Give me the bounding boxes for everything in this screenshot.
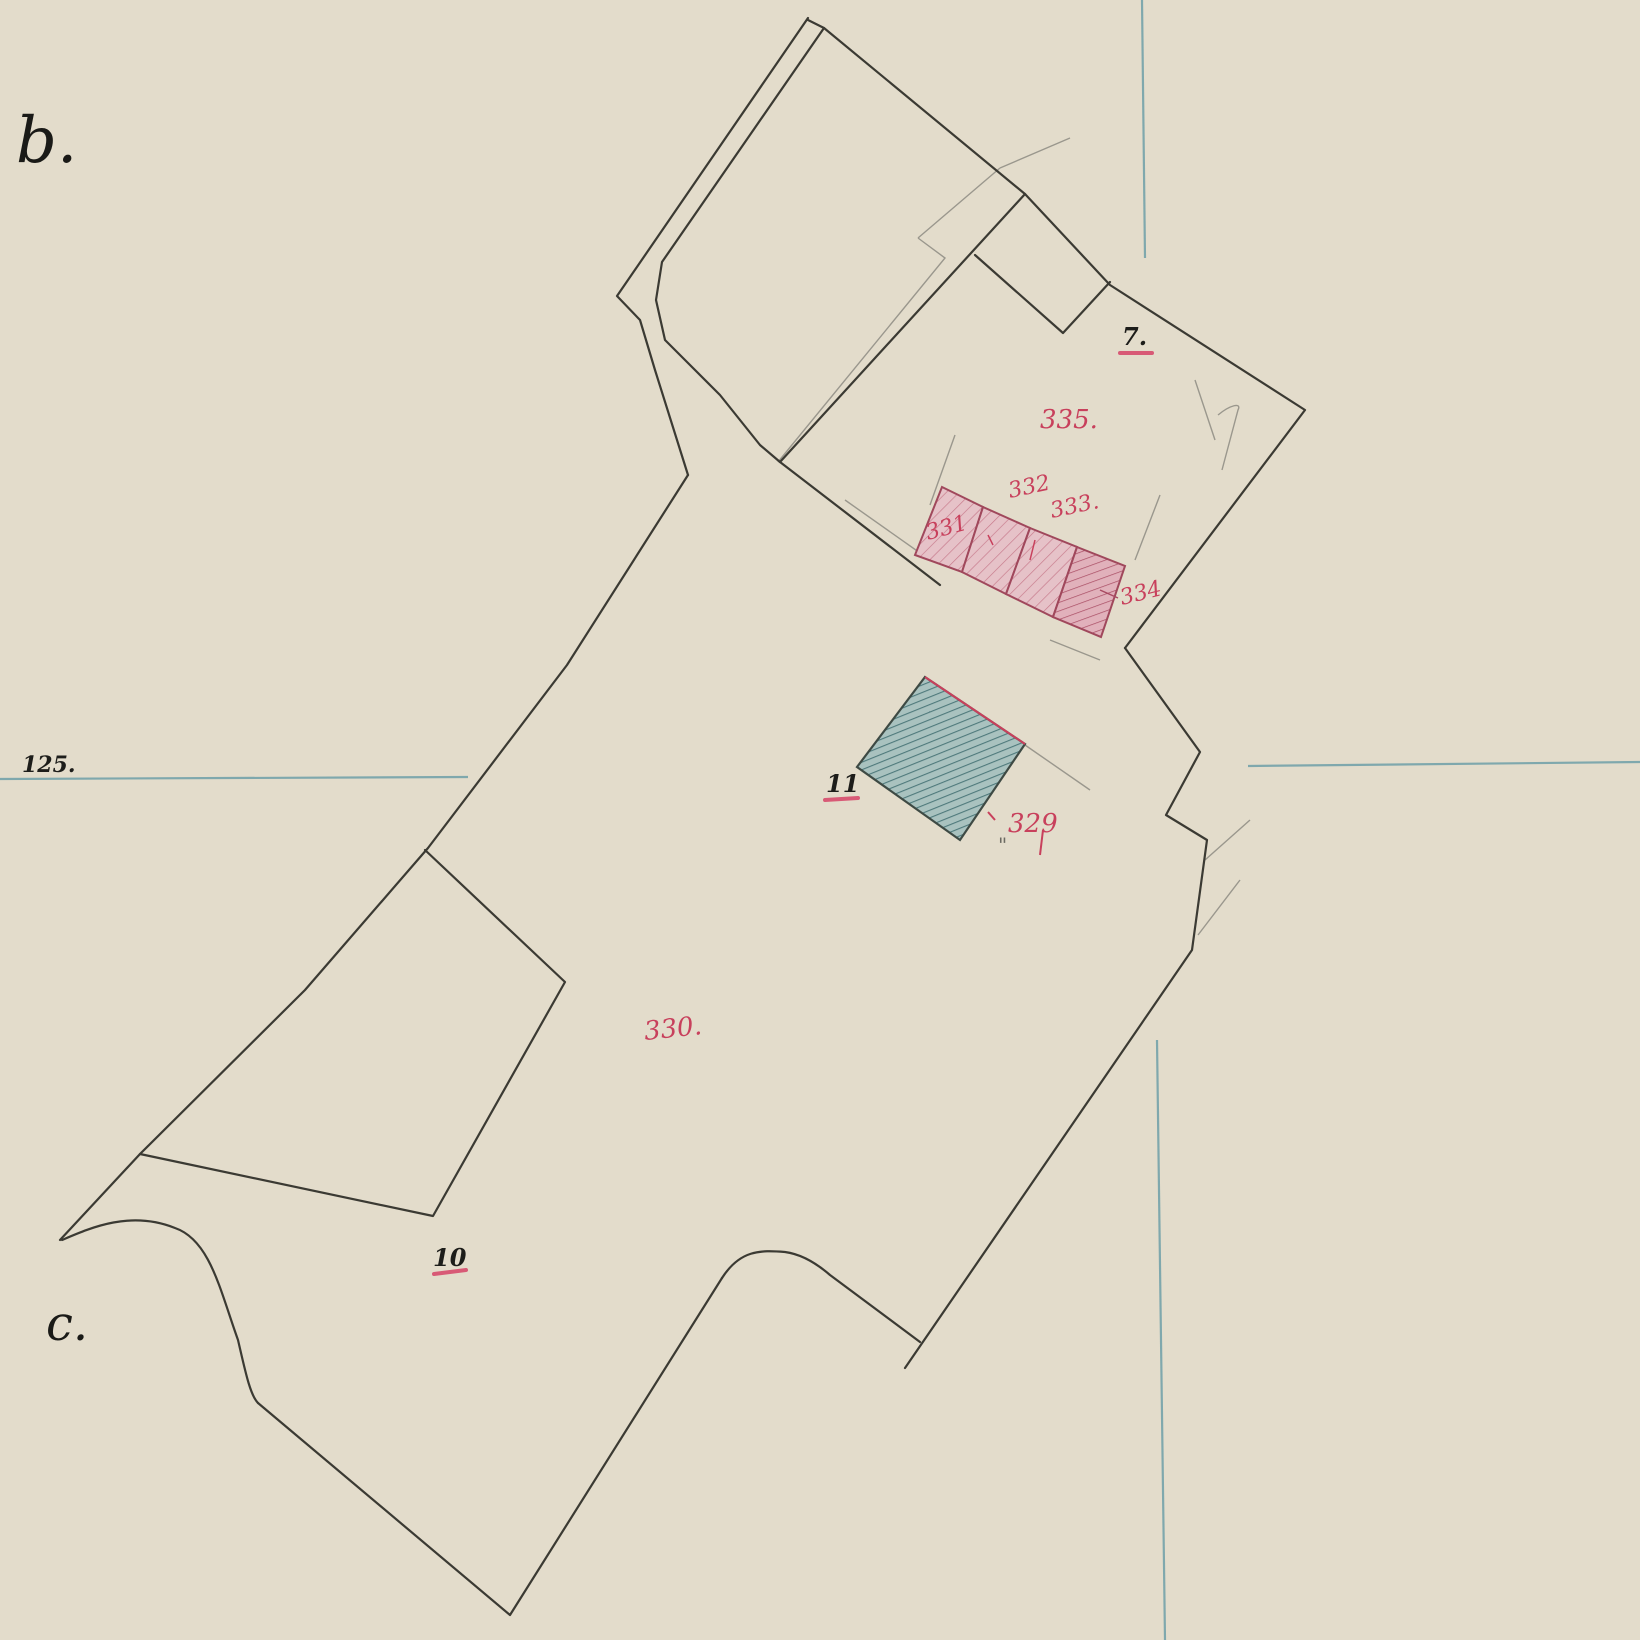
house-number-11-underline bbox=[825, 798, 858, 800]
grid-coordinate-label: 125. bbox=[22, 752, 76, 778]
parcel-label-329: 329 bbox=[1008, 809, 1058, 839]
sheet-letter-b: b. bbox=[16, 104, 77, 178]
ditto-mark: " bbox=[998, 833, 1007, 857]
parcel-label-335: 335. bbox=[1040, 405, 1098, 435]
sheet-letter-c: c. bbox=[46, 1296, 88, 1352]
house-number-11: 11 bbox=[826, 769, 859, 798]
parcel-label-330: 330. bbox=[643, 1011, 704, 1047]
house-number-7: 7. bbox=[1122, 322, 1147, 351]
cadastral-map: 330. 335. 331 332 333. 334 329 7. 11 10 … bbox=[0, 0, 1640, 1640]
house-number-10: 10 bbox=[433, 1243, 467, 1272]
paper-background bbox=[0, 0, 1640, 1640]
